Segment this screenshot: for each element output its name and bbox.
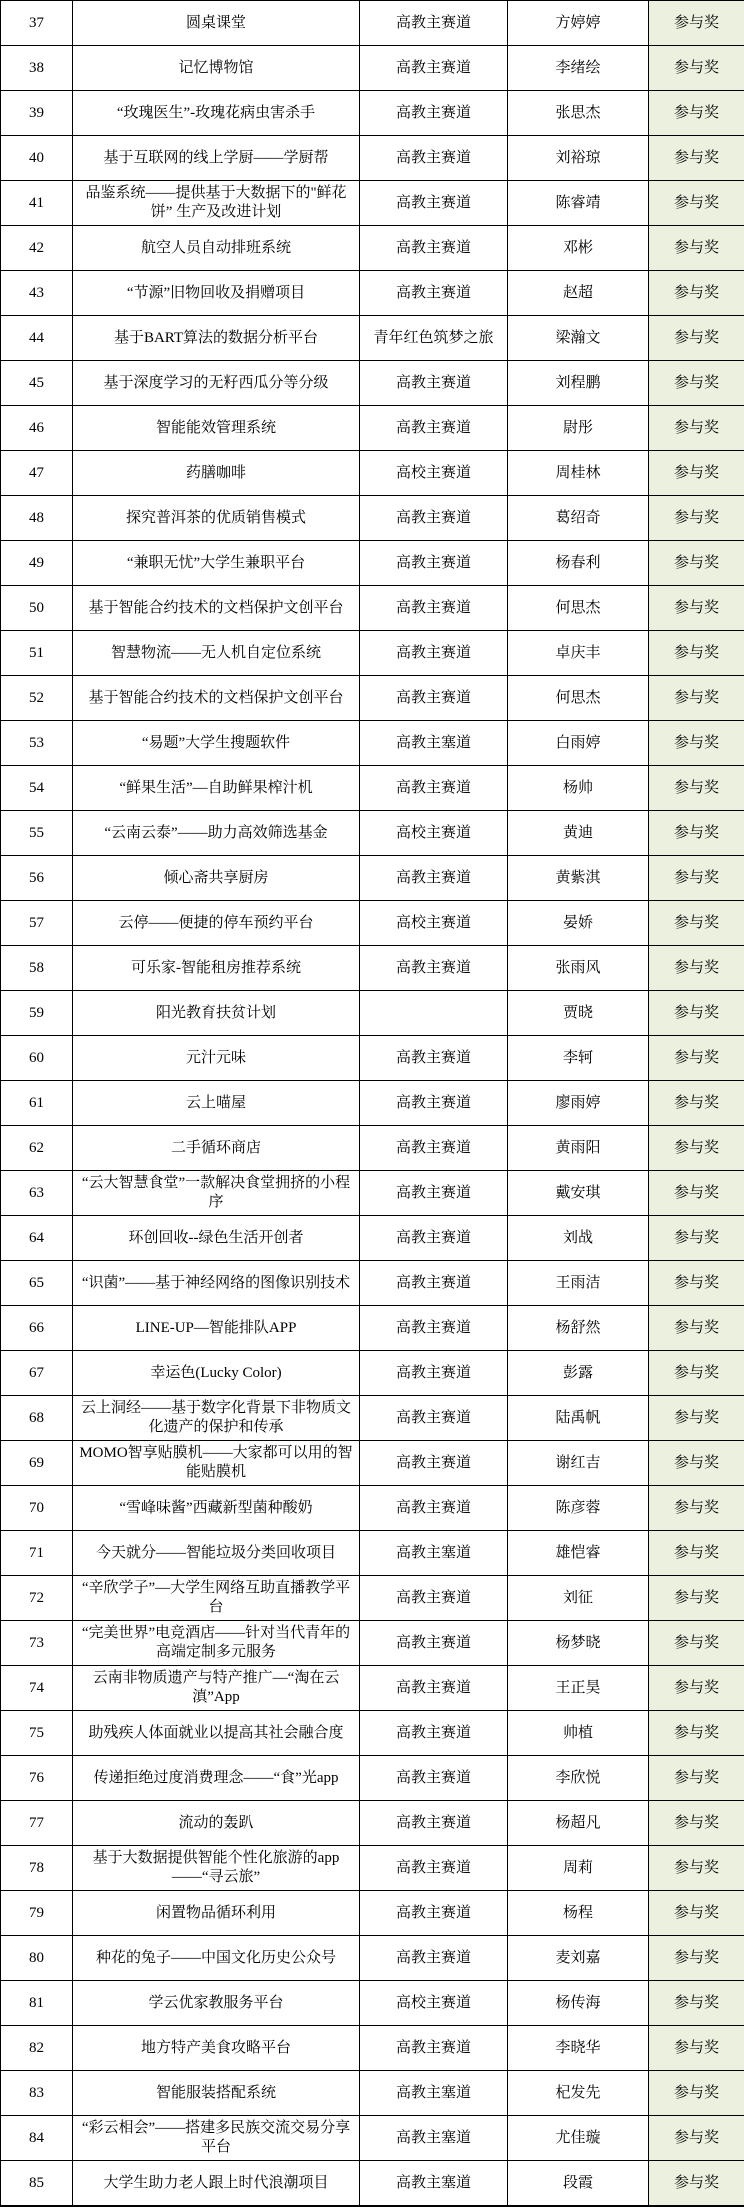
table-row: 38记忆博物馆高教主赛道李绪绘参与奖 [1,46,744,91]
award-cell: 参与奖 [649,991,744,1036]
participant-name-cell: 麦刘嘉 [508,1936,649,1981]
track-cell: 高教主赛道 [360,406,508,451]
track-cell: 高教主赛道 [360,271,508,316]
table-row: 60元汁元味高教主赛道李轲参与奖 [1,1036,744,1081]
track-cell: 高教主赛道 [360,1216,508,1261]
row-number-cell: 48 [1,496,73,541]
award-cell: 参与奖 [649,1036,744,1081]
project-name-cell: “云大智慧食堂”一款解决食堂拥挤的小程序 [73,1171,360,1216]
row-number-cell: 71 [1,1531,73,1576]
table-row: 57云停——便捷的停车预约平台高校主赛道晏娇参与奖 [1,901,744,946]
award-cell: 参与奖 [649,1711,744,1756]
award-cell: 参与奖 [649,1441,744,1486]
table-row: 84“彩云相会”——搭建多民族交流交易分享平台高教主塞道尤佳璇参与奖 [1,2116,744,2161]
award-cell: 参与奖 [649,1621,744,1666]
track-cell: 高教主赛道 [360,1846,508,1891]
project-name-cell: 阳光教育扶贫计划 [73,991,360,1036]
award-cell: 参与奖 [649,1171,744,1216]
project-name-cell: 可乐家-智能租房推荐系统 [73,946,360,991]
row-number-cell: 84 [1,2116,73,2161]
award-cell: 参与奖 [649,316,744,361]
award-cell: 参与奖 [649,451,744,496]
track-cell: 高教主塞道 [360,721,508,766]
track-cell: 高教主赛道 [360,766,508,811]
table-row: 67幸运色(Lucky Color)高教主赛道彭露参与奖 [1,1351,744,1396]
row-number-cell: 37 [1,1,73,46]
project-name-cell: “完美世界”电竞酒店——针对当代青年的高端定制多元服务 [73,1621,360,1666]
table-row: 66LINE-UP—智能排队APP高教主赛道杨舒然参与奖 [1,1306,744,1351]
participant-name-cell: 帅植 [508,1711,649,1756]
award-cell: 参与奖 [649,1666,744,1711]
table-row: 77流动的轰趴高教主赛道杨超凡参与奖 [1,1801,744,1846]
track-cell: 高教主赛道 [360,1126,508,1171]
award-cell: 参与奖 [649,1486,744,1531]
participant-name-cell: 白雨婷 [508,721,649,766]
award-cell: 参与奖 [649,406,744,451]
track-cell: 高教主赛道 [360,676,508,721]
project-name-cell: 品鉴系统——提供基于大数据下的"鲜花饼” 生产及改进计划 [73,181,360,226]
project-name-cell: “彩云相会”——搭建多民族交流交易分享平台 [73,2116,360,2161]
participant-name-cell: 李轲 [508,1036,649,1081]
track-cell: 高教主赛道 [360,541,508,586]
award-cell: 参与奖 [649,586,744,631]
award-cell: 参与奖 [649,271,744,316]
track-cell: 高校主赛道 [360,451,508,496]
row-number-cell: 42 [1,226,73,271]
table-row: 79闲置物品循环利用高教主赛道杨程参与奖 [1,1891,744,1936]
track-cell: 高教主赛道 [360,361,508,406]
track-cell: 高教主赛道 [360,1576,508,1621]
participant-name-cell: 杨春利 [508,541,649,586]
project-name-cell: 圆桌课堂 [73,1,360,46]
row-number-cell: 54 [1,766,73,811]
participant-name-cell: 张思杰 [508,91,649,136]
award-cell: 参与奖 [649,1891,744,1936]
participant-name-cell: 刘程鹏 [508,361,649,406]
participant-name-cell: 李晓华 [508,2026,649,2071]
project-name-cell: “识菌”——基于神经网络的图像识别技术 [73,1261,360,1306]
track-cell: 高教主赛道 [360,1711,508,1756]
table-row: 78基于大数据提供智能个性化旅游的app——“寻云旅”高教主赛道周莉参与奖 [1,1846,744,1891]
participant-name-cell: 贾晓 [508,991,649,1036]
participant-name-cell: 杨超凡 [508,1801,649,1846]
project-name-cell: “雪峰味酱”西藏新型菌种酸奶 [73,1486,360,1531]
row-number-cell: 62 [1,1126,73,1171]
participant-name-cell: 刘征 [508,1576,649,1621]
track-cell: 高教主赛道 [360,1,508,46]
row-number-cell: 68 [1,1396,73,1441]
row-number-cell: 43 [1,271,73,316]
project-name-cell: LINE-UP—智能排队APP [73,1306,360,1351]
track-cell: 高教主赛道 [360,136,508,181]
project-name-cell: 二手循环商店 [73,1126,360,1171]
project-name-cell: 传递拒绝过度消费理念——“食”光app [73,1756,360,1801]
table-row: 54“鲜果生活”—自助鲜果榨汁机高教主赛道杨帅参与奖 [1,766,744,811]
row-number-cell: 75 [1,1711,73,1756]
row-number-cell: 73 [1,1621,73,1666]
participant-name-cell: 赵超 [508,271,649,316]
track-cell: 高教主赛道 [360,1666,508,1711]
table-row: 59阳光教育扶贫计划贾晓参与奖 [1,991,744,1036]
track-cell: 高教主赛道 [360,496,508,541]
project-name-cell: 基于深度学习的无籽西瓜分等分级 [73,361,360,406]
award-cell: 参与奖 [649,361,744,406]
row-number-cell: 64 [1,1216,73,1261]
participant-name-cell: 杞发先 [508,2071,649,2116]
row-number-cell: 40 [1,136,73,181]
table-row: 47药膳咖啡高校主赛道周桂林参与奖 [1,451,744,496]
track-cell: 高教主赛道 [360,1891,508,1936]
project-name-cell: 环创回收--绿色生活开创者 [73,1216,360,1261]
award-cell: 参与奖 [649,856,744,901]
project-name-cell: “鲜果生活”—自助鲜果榨汁机 [73,766,360,811]
table-row: 62二手循环商店高教主赛道黄雨阳参与奖 [1,1126,744,1171]
project-name-cell: 记忆博物馆 [73,46,360,91]
track-cell: 高教主赛道 [360,2026,508,2071]
award-cell: 参与奖 [649,2026,744,2071]
project-name-cell: 今天就分——智能垃圾分类回收项目 [73,1531,360,1576]
participant-name-cell: 尉彤 [508,406,649,451]
row-number-cell: 56 [1,856,73,901]
project-name-cell: 元汁元味 [73,1036,360,1081]
track-cell: 青年红色筑梦之旅 [360,316,508,361]
table-row: 41品鉴系统——提供基于大数据下的"鲜花饼” 生产及改进计划高教主赛道陈睿靖参与… [1,181,744,226]
award-cell: 参与奖 [649,1981,744,2026]
track-cell: 高教主赛道 [360,1036,508,1081]
project-name-cell: 助残疾人体面就业以提高其社会融合度 [73,1711,360,1756]
table-row: 85大学生助力老人跟上时代浪潮项目高教主塞道段霞参与奖 [1,2161,744,2207]
track-cell: 高教主赛道 [360,91,508,136]
award-cell: 参与奖 [649,1846,744,1891]
project-name-cell: “玫瑰医生”-玫瑰花病虫害杀手 [73,91,360,136]
award-cell: 参与奖 [649,901,744,946]
award-cell: 参与奖 [649,811,744,856]
project-name-cell: 智慧物流——无人机自定位系统 [73,631,360,676]
row-number-cell: 47 [1,451,73,496]
award-cell: 参与奖 [649,541,744,586]
project-name-cell: “辛欣学子”—大学生网络互助直播教学平台 [73,1576,360,1621]
table-row: 44基于BART算法的数据分析平台青年红色筑梦之旅梁瀚文参与奖 [1,316,744,361]
award-cell: 参与奖 [649,1261,744,1306]
project-name-cell: 地方特产美食攻略平台 [73,2026,360,2071]
award-cell: 参与奖 [649,1756,744,1801]
row-number-cell: 50 [1,586,73,631]
row-number-cell: 77 [1,1801,73,1846]
track-cell: 高教主赛道 [360,1756,508,1801]
table-row: 81学云优家教服务平台高校主赛道杨传海参与奖 [1,1981,744,2026]
participant-name-cell: 陈睿靖 [508,181,649,226]
table-row: 65“识菌”——基于神经网络的图像识别技术高教主赛道王雨洁参与奖 [1,1261,744,1306]
track-cell: 高教主赛道 [360,1261,508,1306]
table-row: 83智能服装搭配系统高教主塞道杞发先参与奖 [1,2071,744,2116]
table-row: 64环创回收--绿色生活开创者高教主赛道刘战参与奖 [1,1216,744,1261]
track-cell: 高教主赛道 [360,1171,508,1216]
track-cell: 高教主赛道 [360,1621,508,1666]
track-cell: 高校主赛道 [360,811,508,856]
row-number-cell: 74 [1,1666,73,1711]
award-cell: 参与奖 [649,226,744,271]
row-number-cell: 78 [1,1846,73,1891]
table-row: 40基于互联网的线上学厨——学厨帮高教主赛道刘裕琼参与奖 [1,136,744,181]
project-name-cell: 探究普洱茶的优质销售模式 [73,496,360,541]
participant-name-cell: 杨帅 [508,766,649,811]
award-cell: 参与奖 [649,631,744,676]
table-row: 49“兼职无忧”大学生兼职平台高教主赛道杨春利参与奖 [1,541,744,586]
participant-name-cell: 何思杰 [508,676,649,721]
participant-name-cell: 方婷婷 [508,1,649,46]
project-name-cell: 闲置物品循环利用 [73,1891,360,1936]
table-row: 61云上喵屋高教主赛道廖雨婷参与奖 [1,1081,744,1126]
track-cell: 高教主塞道 [360,2161,508,2207]
award-cell: 参与奖 [649,136,744,181]
participant-name-cell: 刘战 [508,1216,649,1261]
table-row: 43“节源”旧物回收及捐赠项目高教主赛道赵超参与奖 [1,271,744,316]
awards-table-body: 37圆桌课堂高教主赛道方婷婷参与奖38记忆博物馆高教主赛道李绪绘参与奖39“玫瑰… [1,1,744,2207]
project-name-cell: “节源”旧物回收及捐赠项目 [73,271,360,316]
track-cell: 高教主赛道 [360,631,508,676]
track-cell: 高教主赛道 [360,1936,508,1981]
table-row: 75助残疾人体面就业以提高其社会融合度高教主赛道帅植参与奖 [1,1711,744,1756]
project-name-cell: “云南云泰”——助力高效筛选基金 [73,811,360,856]
row-number-cell: 67 [1,1351,73,1396]
row-number-cell: 55 [1,811,73,856]
row-number-cell: 85 [1,2161,73,2207]
row-number-cell: 76 [1,1756,73,1801]
participant-name-cell: 何思杰 [508,586,649,631]
award-cell: 参与奖 [649,46,744,91]
participant-name-cell: 杨梦晓 [508,1621,649,1666]
award-cell: 参与奖 [649,2161,744,2207]
track-cell: 高教主赛道 [360,1081,508,1126]
award-cell: 参与奖 [649,91,744,136]
track-cell: 高教主塞道 [360,2116,508,2161]
award-cell: 参与奖 [649,1306,744,1351]
participant-name-cell: 晏娇 [508,901,649,946]
row-number-cell: 38 [1,46,73,91]
participant-name-cell: 雄恺睿 [508,1531,649,1576]
project-name-cell: 幸运色(Lucky Color) [73,1351,360,1396]
project-name-cell: 流动的轰趴 [73,1801,360,1846]
project-name-cell: 基于大数据提供智能个性化旅游的app——“寻云旅” [73,1846,360,1891]
award-cell: 参与奖 [649,1351,744,1396]
table-row: 56倾心斋共享厨房高教主赛道黄紫淇参与奖 [1,856,744,901]
track-cell: 高教主赛道 [360,181,508,226]
project-name-cell: 倾心斋共享厨房 [73,856,360,901]
participant-name-cell: 周莉 [508,1846,649,1891]
table-row: 46智能能效管理系统高教主赛道尉彤参与奖 [1,406,744,451]
project-name-cell: 种花的兔子——中国文化历史公众号 [73,1936,360,1981]
table-row: 68云上洞经——基于数字化背景下非物质文化遗产的保护和传承高教主赛道陆禹帆参与奖 [1,1396,744,1441]
project-name-cell: 云上洞经——基于数字化背景下非物质文化遗产的保护和传承 [73,1396,360,1441]
row-number-cell: 46 [1,406,73,451]
award-cell: 参与奖 [649,1801,744,1846]
track-cell: 高教主赛道 [360,46,508,91]
project-name-cell: 云南非物质遗产与特产推广—“淘在云滇”App [73,1666,360,1711]
row-number-cell: 82 [1,2026,73,2071]
participant-name-cell: 黄紫淇 [508,856,649,901]
award-cell: 参与奖 [649,181,744,226]
participant-name-cell: 黄雨阳 [508,1126,649,1171]
table-row: 39“玫瑰医生”-玫瑰花病虫害杀手高教主赛道张思杰参与奖 [1,91,744,136]
track-cell: 高校主赛道 [360,901,508,946]
participant-name-cell: 李绪绘 [508,46,649,91]
award-cell: 参与奖 [649,676,744,721]
project-name-cell: “兼职无忧”大学生兼职平台 [73,541,360,586]
participant-name-cell: 段霞 [508,2161,649,2207]
track-cell [360,991,508,1036]
track-cell: 高教主塞道 [360,2071,508,2116]
table-row: 50基于智能合约技术的文档保护文创平台高教主赛道何思杰参与奖 [1,586,744,631]
row-number-cell: 83 [1,2071,73,2116]
row-number-cell: 44 [1,316,73,361]
award-cell: 参与奖 [649,1531,744,1576]
table-row: 73“完美世界”电竞酒店——针对当代青年的高端定制多元服务高教主赛道杨梦晓参与奖 [1,1621,744,1666]
award-cell: 参与奖 [649,766,744,811]
project-name-cell: 云停——便捷的停车预约平台 [73,901,360,946]
table-row: 63“云大智慧食堂”一款解决食堂拥挤的小程序高教主赛道戴安琪参与奖 [1,1171,744,1216]
table-row: 42航空人员自动排班系统高教主赛道邓彬参与奖 [1,226,744,271]
track-cell: 高教主赛道 [360,586,508,631]
table-row: 70“雪峰味酱”西藏新型菌种酸奶高教主赛道陈彦蓉参与奖 [1,1486,744,1531]
track-cell: 高教主赛道 [360,1486,508,1531]
awards-table: 37圆桌课堂高教主赛道方婷婷参与奖38记忆博物馆高教主赛道李绪绘参与奖39“玫瑰… [0,0,744,2207]
participant-name-cell: 廖雨婷 [508,1081,649,1126]
table-row: 53“易题”大学生搜题软件高教主塞道白雨婷参与奖 [1,721,744,766]
row-number-cell: 58 [1,946,73,991]
track-cell: 高教主赛道 [360,1441,508,1486]
participant-name-cell: 葛绍奇 [508,496,649,541]
participant-name-cell: 卓庆丰 [508,631,649,676]
award-cell: 参与奖 [649,1216,744,1261]
table-row: 37圆桌课堂高教主赛道方婷婷参与奖 [1,1,744,46]
table-row: 72“辛欣学子”—大学生网络互助直播教学平台高教主赛道刘征参与奖 [1,1576,744,1621]
table-row: 76传递拒绝过度消费理念——“食”光app高教主赛道李欣悦参与奖 [1,1756,744,1801]
table-row: 80种花的兔子——中国文化历史公众号高教主赛道麦刘嘉参与奖 [1,1936,744,1981]
award-cell: 参与奖 [649,1081,744,1126]
award-cell: 参与奖 [649,1936,744,1981]
project-name-cell: 学云优家教服务平台 [73,1981,360,2026]
project-name-cell: 云上喵屋 [73,1081,360,1126]
participant-name-cell: 刘裕琼 [508,136,649,181]
participant-name-cell: 杨舒然 [508,1306,649,1351]
table-row: 74云南非物质遗产与特产推广—“淘在云滇”App高教主赛道王正昊参与奖 [1,1666,744,1711]
table-row: 58可乐家-智能租房推荐系统高教主赛道张雨风参与奖 [1,946,744,991]
participant-name-cell: 邓彬 [508,226,649,271]
award-cell: 参与奖 [649,1,744,46]
row-number-cell: 52 [1,676,73,721]
project-name-cell: MOMO智享贴膜机——大家都可以用的智能贴膜机 [73,1441,360,1486]
project-name-cell: 药膳咖啡 [73,451,360,496]
project-name-cell: 大学生助力老人跟上时代浪潮项目 [73,2161,360,2207]
award-cell: 参与奖 [649,1396,744,1441]
row-number-cell: 60 [1,1036,73,1081]
participant-name-cell: 周桂林 [508,451,649,496]
participant-name-cell: 尤佳璇 [508,2116,649,2161]
row-number-cell: 72 [1,1576,73,1621]
row-number-cell: 41 [1,181,73,226]
row-number-cell: 39 [1,91,73,136]
row-number-cell: 70 [1,1486,73,1531]
table-row: 52基于智能合约技术的文档保护文创平台高教主赛道何思杰参与奖 [1,676,744,721]
track-cell: 高教主赛道 [360,1351,508,1396]
row-number-cell: 45 [1,361,73,406]
row-number-cell: 57 [1,901,73,946]
table-row: 71今天就分——智能垃圾分类回收项目高教主塞道雄恺睿参与奖 [1,1531,744,1576]
table-row: 45基于深度学习的无籽西瓜分等分级高教主赛道刘程鹏参与奖 [1,361,744,406]
row-number-cell: 69 [1,1441,73,1486]
track-cell: 高教主赛道 [360,1801,508,1846]
participant-name-cell: 陈彦蓉 [508,1486,649,1531]
award-cell: 参与奖 [649,2116,744,2161]
project-name-cell: 智能服装搭配系统 [73,2071,360,2116]
table-row: 55“云南云泰”——助力高效筛选基金高校主赛道黄迪参与奖 [1,811,744,856]
row-number-cell: 65 [1,1261,73,1306]
participant-name-cell: 李欣悦 [508,1756,649,1801]
award-cell: 参与奖 [649,1126,744,1171]
participant-name-cell: 彭露 [508,1351,649,1396]
row-number-cell: 80 [1,1936,73,1981]
table-row: 69MOMO智享贴膜机——大家都可以用的智能贴膜机高教主赛道谢红吉参与奖 [1,1441,744,1486]
table-row: 82地方特产美食攻略平台高教主赛道李晓华参与奖 [1,2026,744,2071]
award-cell: 参与奖 [649,2071,744,2116]
row-number-cell: 53 [1,721,73,766]
track-cell: 高教主塞道 [360,1531,508,1576]
track-cell: 高教主赛道 [360,1306,508,1351]
table-row: 48探究普洱茶的优质销售模式高教主赛道葛绍奇参与奖 [1,496,744,541]
project-name-cell: 基于智能合约技术的文档保护文创平台 [73,586,360,631]
project-name-cell: 基于智能合约技术的文档保护文创平台 [73,676,360,721]
award-cell: 参与奖 [649,1576,744,1621]
participant-name-cell: 梁瀚文 [508,316,649,361]
row-number-cell: 66 [1,1306,73,1351]
row-number-cell: 49 [1,541,73,586]
table-row: 51智慧物流——无人机自定位系统高教主赛道卓庆丰参与奖 [1,631,744,676]
participant-name-cell: 王雨洁 [508,1261,649,1306]
track-cell: 高教主赛道 [360,856,508,901]
row-number-cell: 51 [1,631,73,676]
project-name-cell: “易题”大学生搜题软件 [73,721,360,766]
project-name-cell: 基于互联网的线上学厨——学厨帮 [73,136,360,181]
track-cell: 高校主赛道 [360,1981,508,2026]
participant-name-cell: 陆禹帆 [508,1396,649,1441]
row-number-cell: 79 [1,1891,73,1936]
row-number-cell: 81 [1,1981,73,2026]
track-cell: 高教主赛道 [360,1396,508,1441]
participant-name-cell: 谢红吉 [508,1441,649,1486]
track-cell: 高教主赛道 [360,226,508,271]
participant-name-cell: 戴安琪 [508,1171,649,1216]
project-name-cell: 智能能效管理系统 [73,406,360,451]
award-cell: 参与奖 [649,721,744,766]
participant-name-cell: 杨传海 [508,1981,649,2026]
row-number-cell: 61 [1,1081,73,1126]
participant-name-cell: 王正昊 [508,1666,649,1711]
award-cell: 参与奖 [649,496,744,541]
project-name-cell: 基于BART算法的数据分析平台 [73,316,360,361]
row-number-cell: 63 [1,1171,73,1216]
participant-name-cell: 黄迪 [508,811,649,856]
row-number-cell: 59 [1,991,73,1036]
project-name-cell: 航空人员自动排班系统 [73,226,360,271]
participant-name-cell: 张雨风 [508,946,649,991]
participant-name-cell: 杨程 [508,1891,649,1936]
track-cell: 高教主赛道 [360,946,508,991]
award-cell: 参与奖 [649,946,744,991]
